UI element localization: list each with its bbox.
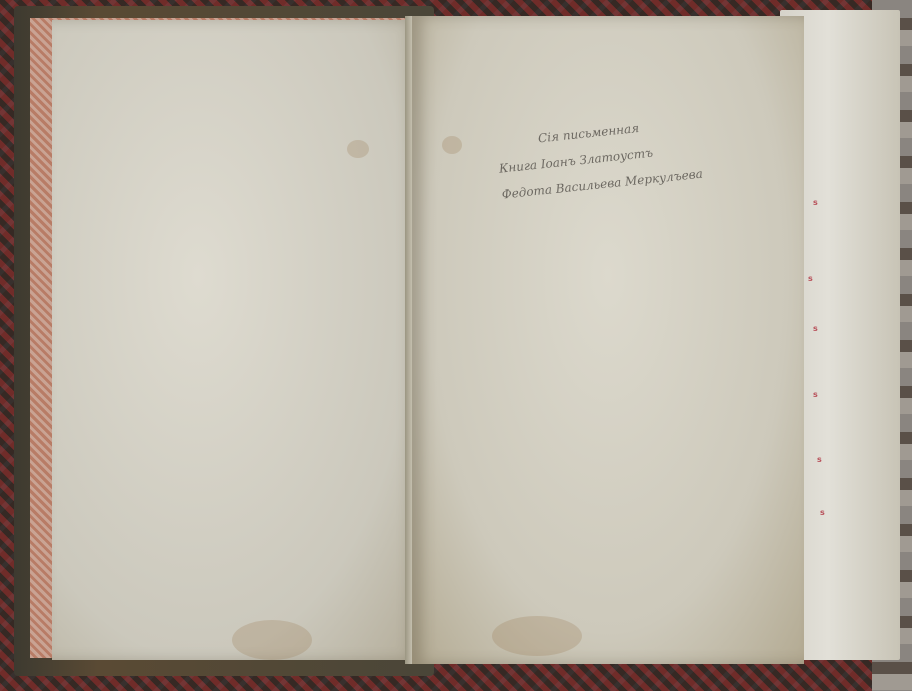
stain <box>442 136 462 154</box>
water-stain <box>232 620 312 660</box>
red-mark: ѕ <box>817 455 822 464</box>
stain <box>347 140 369 158</box>
water-stain <box>492 616 582 656</box>
left-endpaper <box>52 20 417 660</box>
red-mark: ѕ <box>820 508 825 517</box>
red-mark: ѕ <box>813 390 818 399</box>
red-mark: ѕ <box>808 274 813 283</box>
red-mark: ѕ <box>813 198 818 207</box>
red-mark: ѕ <box>813 324 818 333</box>
